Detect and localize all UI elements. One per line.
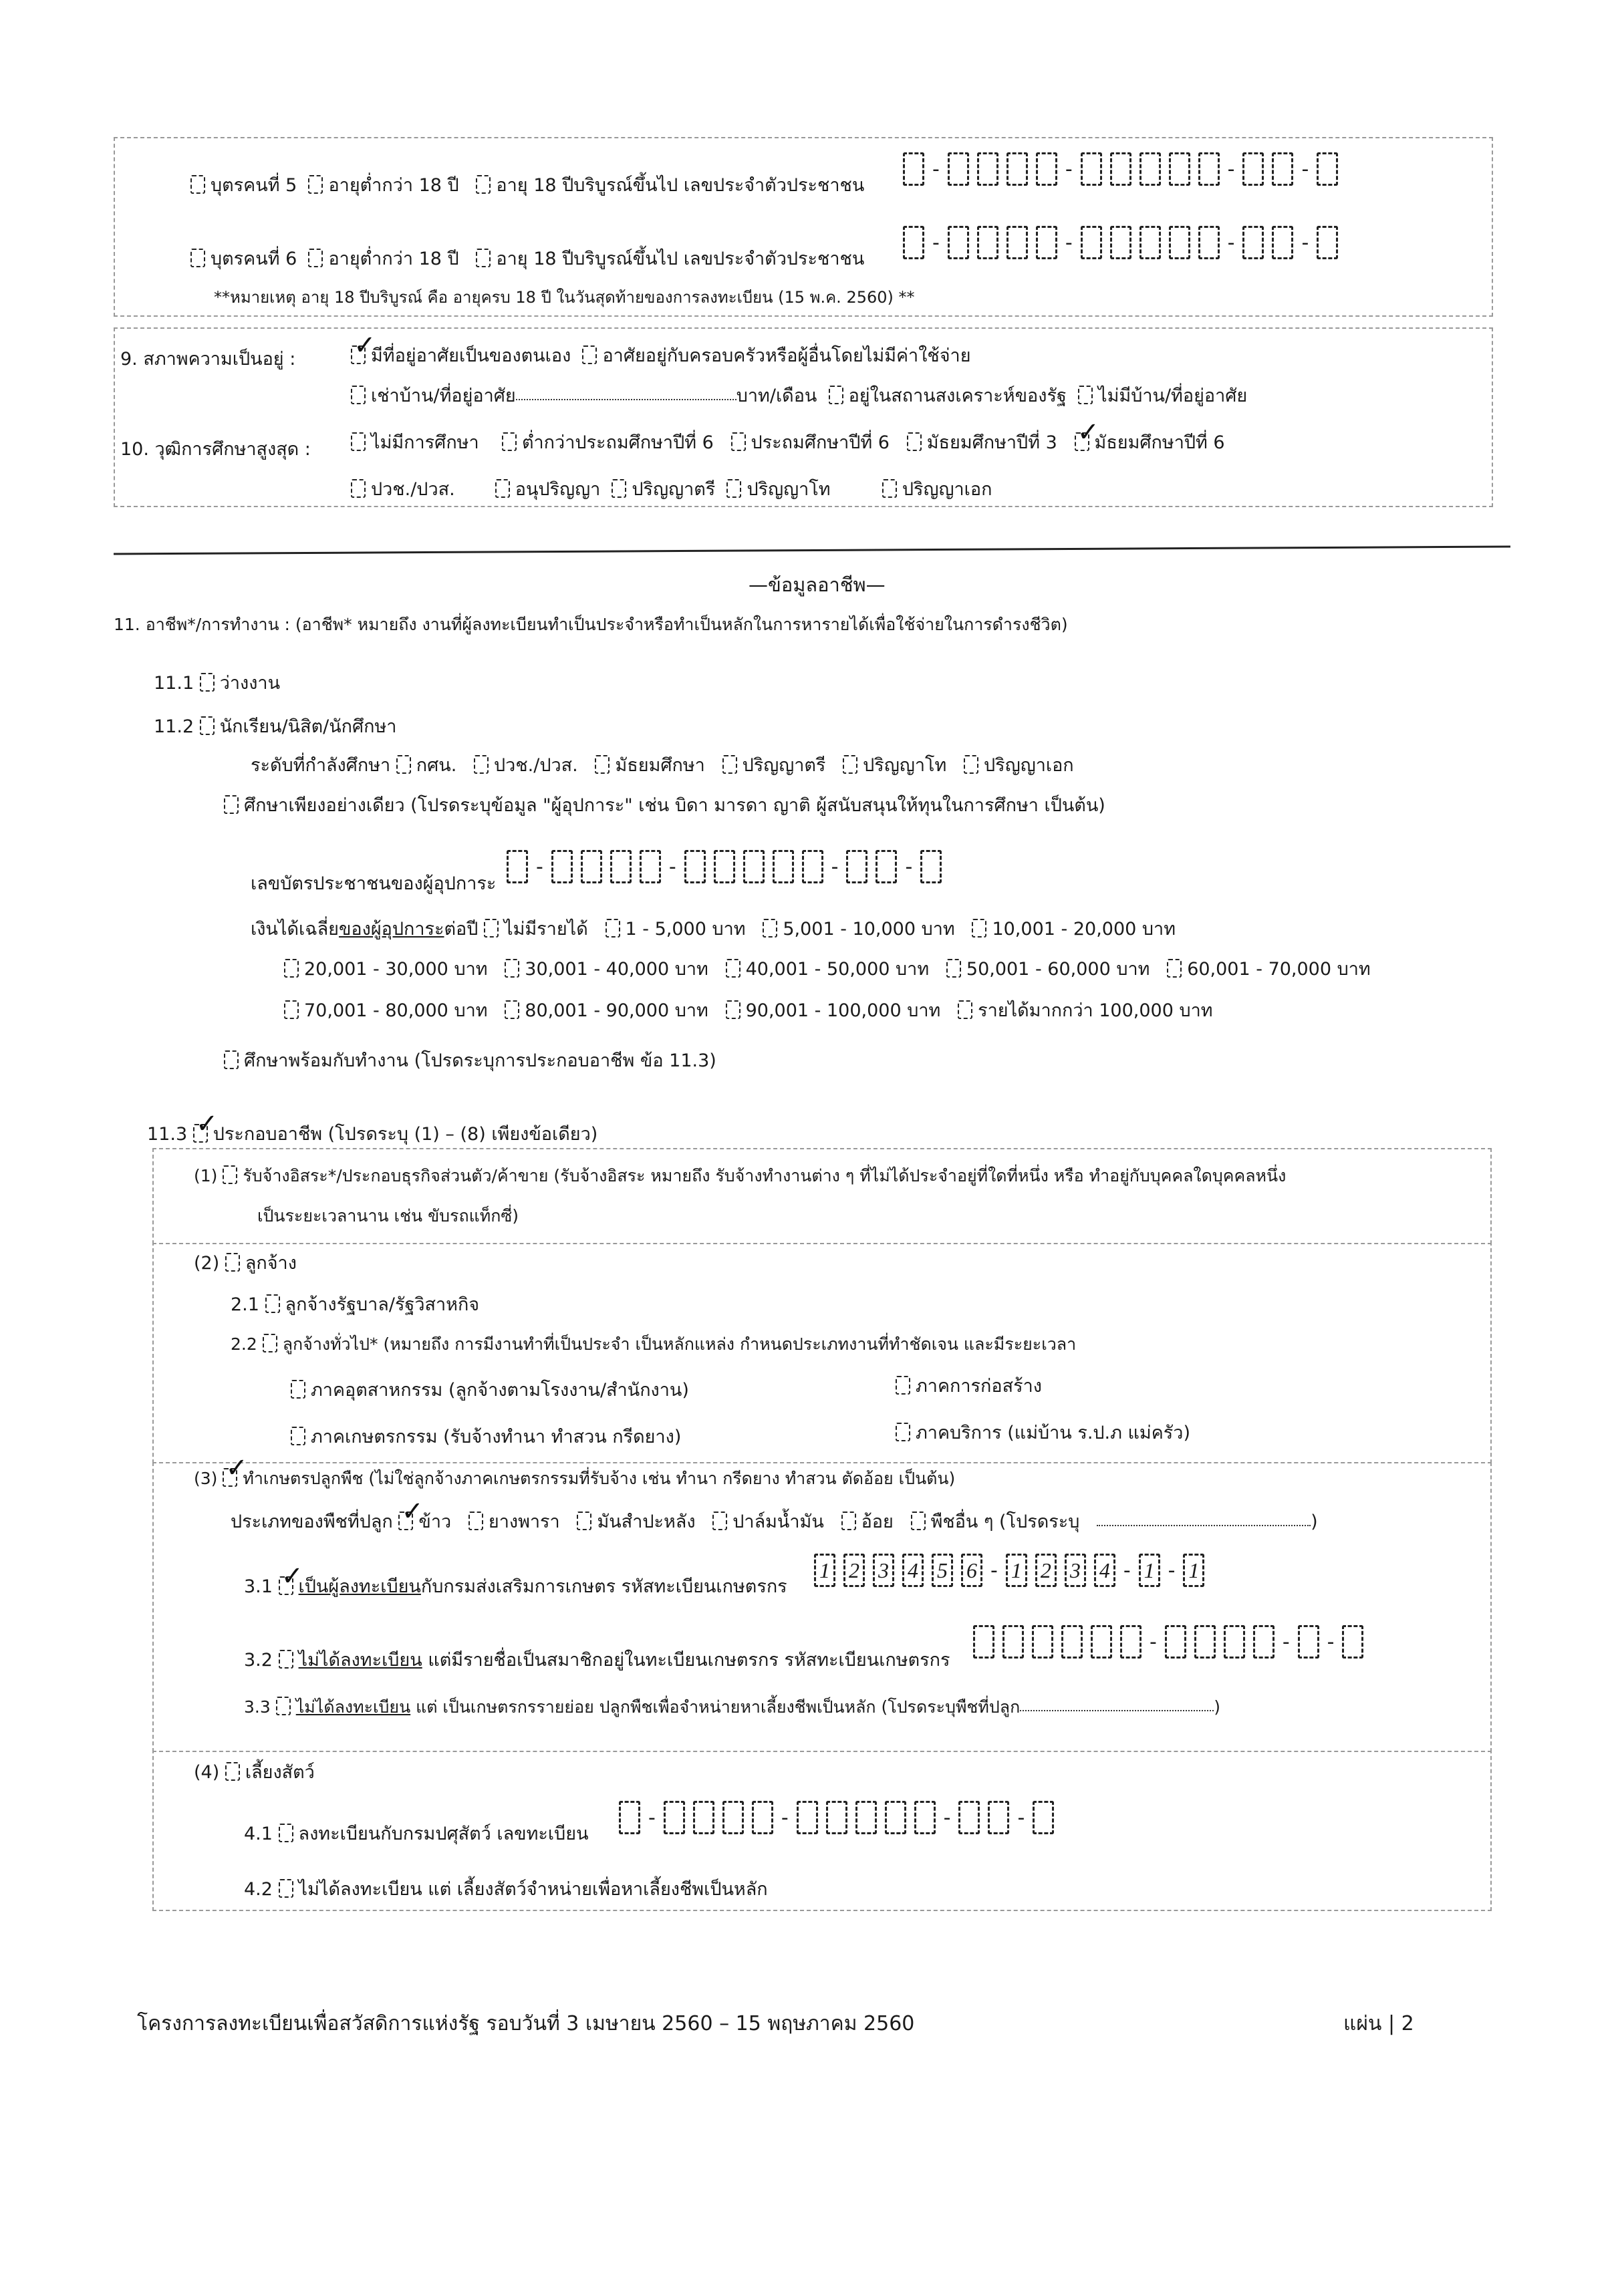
id-digit-box[interactable]: [1139, 152, 1161, 186]
child-5-over18-checkbox[interactable]: [476, 175, 491, 194]
general-employee-checkbox[interactable]: [263, 1334, 277, 1352]
child-6-under18-checkbox[interactable]: [308, 249, 323, 267]
crop-label: ปาล์มน้ำมัน: [732, 1512, 824, 1532]
id-separator: -: [781, 1806, 789, 1830]
unemployed-label: ว่างงาน: [220, 673, 280, 694]
id-separator: -: [1327, 1630, 1335, 1654]
livestock-4-1-num: 4.1: [244, 1824, 273, 1844]
own-home-label: มีที่อยู่อาศัยเป็นของตนเอง: [371, 345, 571, 366]
age-note: **หมายเหตุ อายุ 18 ปีบริบูรณ์ คือ อายุคร…: [214, 284, 915, 310]
id-separator: -: [1228, 231, 1235, 255]
occ-2-1-row: 2.1 ลูกจ้างรัฐบาล/รัฐวิสาหกิจ: [231, 1290, 479, 1318]
sponsor-id-label: เลขบัตรประชาชนของผู้อุปการะ: [251, 869, 496, 897]
student-checkbox[interactable]: [200, 716, 215, 735]
edu-vocational-checkbox[interactable]: [351, 479, 366, 498]
occ-3-row: (3) ทำเกษตรปลูกพืช (ไม่ใช่ลูกจ้างภาคเกษต…: [194, 1465, 955, 1492]
edu-m3-checkbox[interactable]: [907, 432, 922, 451]
welfare-home-checkbox[interactable]: [829, 386, 843, 404]
id-separator: -: [831, 855, 839, 879]
id-digit-box[interactable]: 1: [1139, 1554, 1160, 1587]
edu-p6-checkbox[interactable]: [731, 432, 746, 451]
homeless-checkbox[interactable]: [1078, 386, 1093, 404]
occ-2-2-row: 2.2 ลูกจ้างทั่วไป* (หมายถึง การมีงานทำที…: [231, 1331, 1076, 1358]
live-with-family-label: อาศัยอยู่กับครอบครัวหรือผู้อื่นโดยไม่มีค…: [602, 345, 970, 366]
child-6-label: บุตรคนที่ 6: [211, 249, 297, 269]
id-digit-box[interactable]: [1342, 1625, 1363, 1659]
study-level-label: ระดับที่กำลังศึกษา: [251, 755, 390, 776]
footer-project: โครงการลงทะเบียนเพื่อสวัสดิการแห่งรัฐ รอ…: [137, 2008, 914, 2039]
child-5-label: บุตรคนที่ 5: [211, 175, 297, 196]
id-digit-box[interactable]: [684, 850, 706, 883]
id-digit-box[interactable]: [846, 850, 867, 883]
sector-industry-checkbox[interactable]: [291, 1380, 305, 1399]
employed-checkbox[interactable]: [193, 1124, 208, 1143]
crop-checkbox[interactable]: [712, 1512, 727, 1530]
gov-employee-label: ลูกจ้างรัฐบาล/รัฐวิสาหกิจ: [285, 1294, 480, 1315]
id-digit-box[interactable]: [826, 1801, 847, 1834]
study-only-checkbox[interactable]: [224, 795, 239, 814]
crop-row: ประเภทของพืชที่ปลูก ข้าว ยางพารา มันสำปะ…: [231, 1507, 1318, 1536]
livestock-unregistered-label: ไม่ได้ลงทะเบียน แต่ เลี้ยงสัตว์จำหน่ายเพ…: [299, 1879, 768, 1900]
edu-option-label: ต่ำกว่าประถมศึกษาปีที่ 6: [522, 432, 714, 453]
edu-option-label: ปริญญาเอก: [902, 479, 992, 500]
id-digit-box[interactable]: [876, 850, 897, 883]
income-option-label: ไม่มีรายได้: [504, 919, 588, 940]
edu-doctorate-checkbox[interactable]: [882, 479, 897, 498]
child-5-under18-checkbox[interactable]: [308, 175, 323, 194]
farm-3-3-num: 3.3: [244, 1697, 271, 1717]
id-digit-box[interactable]: [903, 152, 924, 186]
farmer-member-code-field[interactable]: ---: [969, 1625, 1367, 1659]
farm-member-underlined: ไม่ได้ลงทะเบียน: [299, 1650, 422, 1671]
livestock-4-1-row: 4.1 ลงทะเบียนกับกรมปศุสัตว์ เลขทะเบียน: [244, 1819, 589, 1848]
id-digit-box[interactable]: [1198, 226, 1220, 259]
crop-checkbox[interactable]: [911, 1512, 926, 1530]
child-6-checkbox[interactable]: [190, 249, 205, 267]
q10-label: 10. วุฒิการศึกษาสูงสุด :: [120, 434, 311, 463]
id-digit-box[interactable]: 6: [961, 1554, 982, 1587]
id-digit-box[interactable]: [802, 850, 823, 883]
edu-option-label: ไม่มีการศึกษา: [371, 432, 479, 453]
id-digit-box[interactable]: [797, 1801, 818, 1834]
farm-reg-3-2-row: 3.2 ไม่ได้ลงทะเบียน แต่มีรายชื่อเป็นสมาช…: [244, 1645, 950, 1674]
id-separator: -: [648, 1806, 656, 1830]
income-option-checkbox[interactable]: [1167, 959, 1182, 978]
id-digit-box[interactable]: [920, 850, 942, 883]
id-digit-box[interactable]: [1036, 152, 1057, 186]
id-separator: -: [1065, 158, 1073, 181]
welfare-home-label: อยู่ในสถานสงเคราะห์ของรัฐ: [849, 386, 1067, 406]
study-level-checkbox[interactable]: [595, 755, 610, 774]
id-digit-box[interactable]: [693, 1801, 714, 1834]
edu-below-p6-checkbox[interactable]: [502, 432, 517, 451]
sector-agriculture: ภาคเกษตรกรรม (รับจ้างทำนา ทำสวน กรีดยาง): [291, 1422, 681, 1451]
income-label-underlined: ของผู้อุปการะ: [339, 919, 444, 940]
crop-label: ยางพารา: [489, 1512, 560, 1532]
employee-checkbox[interactable]: [225, 1253, 240, 1272]
edu-option-label: ปริญญาตรี: [632, 479, 715, 500]
edu-bachelor-checkbox[interactable]: [612, 479, 626, 498]
id-digit-box[interactable]: [885, 1801, 906, 1834]
employee-label: ลูกจ้าง: [245, 1253, 297, 1274]
id-digit-box[interactable]: [714, 850, 735, 883]
study-level-checkbox[interactable]: [964, 755, 978, 774]
farm-member-checkbox[interactable]: [279, 1650, 293, 1669]
income-option-checkbox[interactable]: [763, 919, 777, 938]
rent-checkbox[interactable]: [351, 386, 366, 404]
income-option-checkbox[interactable]: [958, 1000, 972, 1019]
study-level-label: มัธยมศึกษา: [615, 755, 704, 776]
id-digit-box[interactable]: [1081, 152, 1102, 186]
id-digit-box[interactable]: [958, 1801, 980, 1834]
q9-row1: มีที่อยู่อาศัยเป็นของตนเอง อาศัยอยู่กับค…: [351, 341, 971, 370]
income-option-label: รายได้มากกว่า 100,000 บาท: [978, 1000, 1213, 1021]
income-label: เงินได้เฉลี่ย: [251, 919, 339, 940]
unemployed-checkbox[interactable]: [200, 673, 215, 692]
income-option-checkbox[interactable]: [606, 919, 620, 938]
livestock-unregistered-checkbox[interactable]: [279, 1879, 293, 1898]
study-level-checkbox[interactable]: [396, 755, 411, 774]
id-digit-box[interactable]: [1081, 226, 1102, 259]
sector-label: ภาคการก่อสร้าง: [916, 1376, 1042, 1397]
q9-row2: เช่าบ้าน/ที่อยู่อาศัยบาท/เดือน อยู่ในสถา…: [351, 381, 1247, 410]
edu-diploma-checkbox[interactable]: [495, 479, 510, 498]
id-digit-box[interactable]: [903, 226, 924, 259]
study-level-checkbox[interactable]: [722, 755, 737, 774]
sector-label: ภาคเกษตรกรรม (รับจ้างทำนา ทำสวน กรีดยาง): [311, 1427, 681, 1447]
q10-row1: ไม่มีการศึกษา ต่ำกว่าประถมศึกษาปีที่ 6 ป…: [351, 428, 1225, 456]
rent-suffix: บาท/เดือน: [736, 386, 817, 406]
child-6-id-field[interactable]: ----: [899, 226, 1342, 259]
id-digit-box[interactable]: [1272, 226, 1293, 259]
income-option-checkbox[interactable]: [284, 1000, 299, 1019]
study-level-label: ปริญญาโท: [863, 755, 946, 776]
id-separator: -: [1065, 231, 1073, 255]
id-digit-box[interactable]: [551, 850, 573, 883]
edu-option-label: มัธยมศึกษาปีที่ 3: [927, 432, 1057, 453]
id-digit-box[interactable]: [1194, 1625, 1216, 1659]
crop-checkbox[interactable]: [577, 1512, 591, 1530]
id-digit-box[interactable]: 5: [932, 1554, 953, 1587]
id-separator: -: [1283, 1630, 1290, 1654]
id-separator: -: [669, 855, 676, 879]
id-digit-box[interactable]: [1169, 152, 1190, 186]
id-digit-box[interactable]: [1110, 152, 1131, 186]
live-with-family-checkbox[interactable]: [582, 345, 597, 364]
id-digit-box[interactable]: [1091, 1625, 1112, 1659]
id-digit-box[interactable]: [1198, 152, 1220, 186]
id-digit-box[interactable]: [1032, 1625, 1053, 1659]
id-digit-box[interactable]: [507, 850, 528, 883]
study-only-row: ศึกษาเพียงอย่างเดียว (โปรดระบุข้อมูล "ผู…: [224, 791, 1105, 819]
id-digit-box[interactable]: [1110, 226, 1131, 259]
id-separator: -: [905, 855, 912, 879]
edu-option-label: ปวช./ปวส.: [371, 479, 455, 500]
income-row-2: 20,001 - 30,000 บาท 30,001 - 40,000 บาท …: [284, 954, 1387, 983]
farm-member-label: แต่มีรายชื่อเป็นสมาชิกอยู่ในทะเบียนเกษตร…: [428, 1650, 950, 1671]
smallholder-label: แต่ เป็นเกษตรกรรายย่อย ปลูกพืชเพื่อจำหน่…: [416, 1697, 1020, 1717]
study-work-checkbox[interactable]: [224, 1050, 239, 1069]
id-digit-box[interactable]: 1: [1006, 1554, 1027, 1587]
id-separator: -: [1168, 1559, 1176, 1582]
id-digit-box[interactable]: [977, 152, 998, 186]
farming-checkbox[interactable]: [223, 1468, 237, 1487]
edu-m6-checkbox[interactable]: [1075, 432, 1089, 451]
occ-1-num: (1): [194, 1166, 217, 1185]
q11-1-num: 11.1: [154, 673, 194, 694]
other-crop-field[interactable]: [1097, 1525, 1311, 1526]
farm-reg-3-3-row: 3.3 ไม่ได้ลงทะเบียน แต่ เป็นเกษตรกรรายย่…: [244, 1694, 1220, 1721]
occ-2-1-num: 2.1: [231, 1294, 259, 1315]
id-digit-box[interactable]: [1272, 152, 1293, 186]
sector-construction: ภาคการก่อสร้าง: [896, 1371, 1042, 1400]
sector-agriculture-checkbox[interactable]: [291, 1427, 305, 1445]
edu-master-checkbox[interactable]: [726, 479, 741, 498]
q11-2-num: 11.2: [154, 716, 194, 737]
child-6-row: บุตรคนที่ 6 อายุต่ำกว่า 18 ปี อายุ 18 ปี…: [190, 244, 864, 273]
study-level-row: ระดับที่กำลังศึกษา กศน. ปวช./ปวส. มัธยมศ…: [251, 750, 1091, 779]
id-digit-box[interactable]: [1033, 1801, 1054, 1834]
income-option-checkbox[interactable]: [946, 959, 961, 978]
q11-2-row: 11.2 นักเรียน/นิสิต/นักศึกษา: [154, 712, 396, 740]
id-digit-box[interactable]: 1: [814, 1554, 835, 1587]
id-digit-box[interactable]: [1242, 152, 1264, 186]
study-work-label: ศึกษาพร้อมกับทำงาน (โปรดระบุการประกอบอาช…: [244, 1050, 716, 1071]
id-digit-box[interactable]: [664, 1801, 685, 1834]
study-level-label: ปริญญาตรี: [743, 755, 826, 776]
income-option-checkbox[interactable]: [726, 1000, 741, 1019]
sector-label: ภาคอุตสาหกรรม (ลูกจ้างตามโรงงาน/สำนักงาน…: [311, 1380, 689, 1401]
rent-label: เช่าบ้าน/ที่อยู่อาศัย: [371, 386, 516, 406]
page-number: แผ่น | 2: [1343, 2008, 1414, 2039]
crop-label: ประเภทของพืชที่ปลูก: [231, 1512, 393, 1532]
q11-1-row: 11.1 ว่างงาน: [154, 668, 280, 697]
income-option-label: 50,001 - 60,000 บาท: [966, 959, 1150, 980]
study-level-label: ปวช./ปวส.: [494, 755, 578, 776]
income-option-checkbox[interactable]: [505, 1000, 519, 1019]
income-row-3: 70,001 - 80,000 บาท 80,001 - 90,000 บาท …: [284, 996, 1230, 1024]
id-digit-box[interactable]: [1007, 152, 1028, 186]
id-digit-box[interactable]: 2: [843, 1554, 865, 1587]
child-5-checkbox[interactable]: [190, 175, 205, 194]
id-digit-box[interactable]: [1298, 1625, 1319, 1659]
income-option-label: 80,001 - 90,000 บาท: [525, 1000, 708, 1021]
study-level-checkbox[interactable]: [474, 755, 489, 774]
under18-label: อายุต่ำกว่า 18 ปี: [328, 175, 458, 196]
sponsor-id-field[interactable]: ----: [503, 850, 946, 883]
id-digit-box[interactable]: [1317, 152, 1338, 186]
id-digit-box[interactable]: [1165, 1625, 1186, 1659]
id-digit-box[interactable]: 3: [873, 1554, 894, 1587]
id-digit-box[interactable]: 3: [1065, 1554, 1086, 1587]
id-digit-box[interactable]: 4: [1094, 1554, 1115, 1587]
study-only-label: ศึกษาเพียงอย่างเดียว (โปรดระบุข้อมูล "ผู…: [244, 795, 1105, 816]
income-row-1: เงินได้เฉลี่ยของผู้อุปการะต่อปี ไม่มีราย…: [251, 914, 1193, 943]
freelance-checkbox[interactable]: [223, 1165, 237, 1184]
id-digit-box[interactable]: [581, 850, 602, 883]
crop-checkbox[interactable]: [841, 1512, 856, 1530]
livestock-registered-label: ลงทะเบียนกับกรมปศุสัตว์ เลขทะเบียน: [299, 1824, 589, 1844]
id-digit-box[interactable]: [610, 850, 632, 883]
id-digit-box[interactable]: [743, 850, 765, 883]
occupation-header: —ข้อมูลอาชีพ—: [749, 569, 886, 600]
income-option-label: 1 - 5,000 บาท: [626, 919, 746, 940]
id-digit-box[interactable]: [722, 1801, 744, 1834]
farm-3-2-num: 3.2: [244, 1650, 273, 1671]
q9-label: 9. สภาพความเป็นอยู่ :: [120, 344, 295, 373]
id-digit-box[interactable]: [1061, 1625, 1083, 1659]
id-separator: -: [1228, 158, 1235, 181]
over18-label: อายุ 18 ปีบริบูรณ์ขึ้นไป เลขประจำตัวประช…: [496, 249, 864, 269]
income-option-label: 5,001 - 10,000 บาท: [783, 919, 954, 940]
id-digit-box[interactable]: [1242, 226, 1264, 259]
sector-construction-checkbox[interactable]: [896, 1376, 910, 1395]
crop-label: มันสำปะหลัง: [597, 1512, 695, 1532]
edu-none-checkbox[interactable]: [351, 432, 366, 451]
over18-label: อายุ 18 ปีบริบูรณ์ขึ้นไป เลขประจำตัวประช…: [496, 175, 864, 196]
sector-service-checkbox[interactable]: [896, 1423, 910, 1441]
income-option-label: 90,001 - 100,000 บาท: [746, 1000, 941, 1021]
income-option-label: 70,001 - 80,000 บาท: [304, 1000, 488, 1021]
under18-label: อายุต่ำกว่า 18 ปี: [328, 249, 458, 269]
farm-registered-underlined: เป็นผู้ลงทะเบียน: [299, 1576, 421, 1597]
id-digit-box[interactable]: [977, 226, 998, 259]
homeless-label: ไม่มีบ้าน/ที่อยู่อาศัย: [1098, 386, 1247, 406]
study-level-checkbox[interactable]: [843, 755, 857, 774]
study-level-label: ปริญญาเอก: [984, 755, 1074, 776]
crop-checkbox[interactable]: [468, 1512, 483, 1530]
child-5-row: บุตรคนที่ 5 อายุต่ำกว่า 18 ปี อายุ 18 ปี…: [190, 170, 864, 199]
occ-4-row: (4) เลี้ยงสัตว์: [194, 1757, 315, 1786]
id-digit-box[interactable]: 4: [902, 1554, 924, 1587]
income-option-checkbox[interactable]: [505, 959, 519, 978]
crop-checkbox[interactable]: [398, 1512, 413, 1530]
id-digit-box[interactable]: [640, 850, 661, 883]
occ-2-2-num: 2.2: [231, 1334, 257, 1354]
livestock-4-2-num: 4.2: [244, 1879, 273, 1900]
income-label-suffix: ต่อปี: [444, 919, 479, 940]
id-separator: -: [1301, 158, 1309, 181]
income-option-checkbox[interactable]: [284, 959, 299, 978]
farmer-registration-code-field[interactable]: 123456-1234-1-1: [810, 1554, 1208, 1587]
smallholder-crop-field[interactable]: [1020, 1710, 1214, 1711]
q11-3-row: 11.3 ประกอบอาชีพ (โปรดระบุ (1) – (8) เพี…: [147, 1119, 597, 1148]
edu-option-label: ประถมศึกษาปีที่ 6: [751, 432, 890, 453]
occ-2-num: (2): [194, 1253, 219, 1274]
id-separator: -: [1123, 1559, 1131, 1582]
id-separator: -: [1150, 1630, 1157, 1654]
student-label: นักเรียน/นิสิต/นักศึกษา: [220, 716, 397, 737]
income-option-label: 20,001 - 30,000 บาท: [304, 959, 488, 980]
id-digit-box[interactable]: [1120, 1625, 1142, 1659]
livestock-checkbox[interactable]: [225, 1762, 240, 1781]
occ-4-num: (4): [194, 1762, 219, 1783]
id-digit-box[interactable]: [988, 1801, 1009, 1834]
freelance-label-cont: เป็นระยะเวลานาน เช่น ขับรถแท็กซี่): [257, 1203, 519, 1230]
id-separator: -: [932, 231, 940, 255]
study-level-label: กศน.: [416, 755, 457, 776]
general-employee-label: ลูกจ้างทั่วไป* (หมายถึง การมีงานทำที่เป็…: [283, 1334, 1076, 1354]
rent-amount-field[interactable]: [516, 399, 736, 400]
q11-3-num: 11.3: [147, 1124, 187, 1145]
child-6-over18-checkbox[interactable]: [476, 249, 491, 267]
id-separator: -: [536, 855, 543, 879]
id-digit-box[interactable]: [973, 1625, 994, 1659]
id-digit-box[interactable]: [855, 1801, 877, 1834]
id-digit-box[interactable]: [1139, 226, 1161, 259]
id-separator: -: [990, 1559, 998, 1582]
id-separator: -: [932, 158, 940, 181]
livestock-registration-field[interactable]: ----: [615, 1801, 1058, 1834]
gov-employee-checkbox[interactable]: [265, 1294, 280, 1313]
id-separator: -: [1017, 1806, 1025, 1830]
edu-option-label: อนุปริญญา: [515, 479, 601, 500]
id-digit-box[interactable]: [948, 152, 969, 186]
edu-option-label: มัธยมศึกษาปีที่ 6: [1095, 432, 1225, 453]
id-digit-box[interactable]: [948, 226, 969, 259]
id-digit-box[interactable]: [1253, 1625, 1274, 1659]
income-option-label: 10,001 - 20,000 บาท: [992, 919, 1176, 940]
income-option-label: 60,001 - 70,000 บาท: [1187, 959, 1371, 980]
freelance-label: รับจ้างอิสระ*/ประกอบธุรกิจส่วนตัว/ค้าขาย…: [243, 1166, 1286, 1185]
id-digit-box[interactable]: [1007, 226, 1028, 259]
income-option-label: 30,001 - 40,000 บาท: [525, 959, 708, 980]
id-digit-box[interactable]: [914, 1801, 936, 1834]
id-digit-box[interactable]: [773, 850, 794, 883]
id-digit-box[interactable]: 1: [1183, 1554, 1204, 1587]
employed-label: ประกอบอาชีพ (โปรดระบุ (1) – (8) เพียงข้อ…: [213, 1124, 598, 1145]
crop-label: อ้อย: [861, 1512, 894, 1532]
q10-row2: ปวช./ปวส. อนุปริญญา ปริญญาตรี ปริญญาโท ป…: [351, 474, 992, 503]
edu-option-label: ปริญญาโท: [747, 479, 830, 500]
smallholder-checkbox[interactable]: [276, 1697, 291, 1715]
occ-1-row: (1) รับจ้างอิสระ*/ประกอบธุรกิจส่วนตัว/ค้…: [194, 1163, 1286, 1189]
id-digit-box[interactable]: [1036, 226, 1057, 259]
section-divider: [114, 546, 1510, 555]
farm-registered-label: กับกรมส่งเสริมการเกษตร รหัสทะเบียนเกษตรก…: [421, 1576, 787, 1597]
farming-label: ทำเกษตรปลูกพืช (ไม่ใช่ลูกจ้างภาคเกษตรกรร…: [243, 1469, 955, 1488]
livestock-label: เลี้ยงสัตว์: [245, 1762, 315, 1783]
occ-2-row: (2) ลูกจ้าง: [194, 1248, 297, 1277]
q11-label: 11. อาชีพ*/การทำงาน : (อาชีพ* หมายถึง งา…: [114, 611, 1068, 638]
income-option-checkbox[interactable]: [726, 959, 741, 978]
livestock-registered-checkbox[interactable]: [279, 1824, 293, 1842]
farm-reg-3-1-row: 3.1 เป็นผู้ลงทะเบียนกับกรมส่งเสริมการเกษ…: [244, 1572, 787, 1600]
child-5-id-field[interactable]: ----: [899, 152, 1342, 186]
id-separator: -: [944, 1806, 951, 1830]
id-digit-box[interactable]: [1169, 226, 1190, 259]
livestock-4-2-row: 4.2 ไม่ได้ลงทะเบียน แต่ เลี้ยงสัตว์จำหน่…: [244, 1874, 768, 1903]
income-option-checkbox[interactable]: [972, 919, 986, 938]
id-digit-box[interactable]: 2: [1035, 1554, 1057, 1587]
own-home-checkbox[interactable]: [351, 345, 366, 364]
study-work-row: ศึกษาพร้อมกับทำงาน (โปรดระบุการประกอบอาช…: [224, 1046, 716, 1074]
id-digit-box[interactable]: [619, 1801, 640, 1834]
id-digit-box[interactable]: [752, 1801, 773, 1834]
income-option-label: 40,001 - 50,000 บาท: [746, 959, 930, 980]
sector-service: ภาคบริการ (แม่บ้าน ร.ป.ภ แม่ครัว): [896, 1418, 1190, 1447]
id-digit-box[interactable]: [1002, 1625, 1024, 1659]
sector-label: ภาคบริการ (แม่บ้าน ร.ป.ภ แม่ครัว): [916, 1423, 1190, 1443]
income-option-checkbox[interactable]: [484, 919, 499, 938]
farm-registered-checkbox[interactable]: [279, 1576, 293, 1595]
farm-3-1-num: 3.1: [244, 1576, 273, 1597]
crop-label: พืชอื่น ๆ (โปรดระบุ: [931, 1512, 1080, 1532]
smallholder-underlined: ไม่ได้ลงทะเบียน: [296, 1697, 410, 1717]
id-digit-box[interactable]: [1317, 226, 1338, 259]
id-digit-box[interactable]: [1224, 1625, 1245, 1659]
occ-3-num: (3): [194, 1469, 217, 1488]
